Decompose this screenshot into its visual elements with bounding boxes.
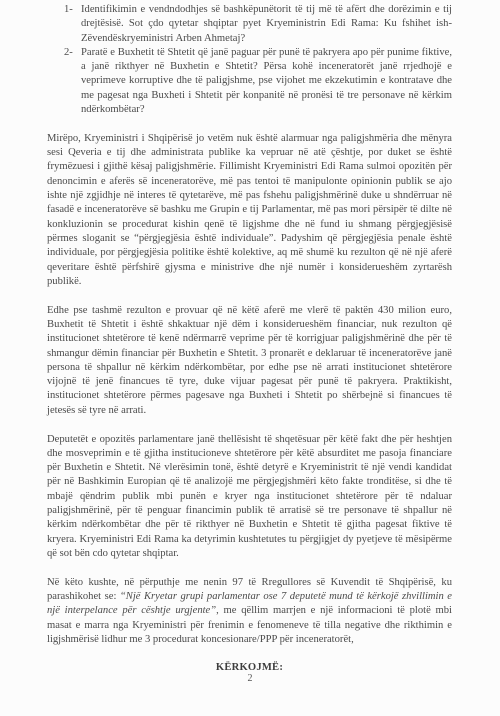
list-number: 1- <box>64 3 73 17</box>
paragraph-interpellation: Në këto kushte, në përputhje me nenin 97… <box>47 576 452 647</box>
list-item: 1- Identifikimin e vendndodhjes së bashk… <box>47 3 452 46</box>
document-body: 1- Identifikimin e vendndodhjes së bashk… <box>47 3 452 675</box>
list-item: 2- Paratë e Buxhetit të Shtetit që janë … <box>47 46 452 117</box>
paragraph: Mirëpo, Kryeministri i Shqipërisë jo vet… <box>47 132 452 289</box>
list-item-text: Identifikimin e vendndodhjes së bashkëpu… <box>81 4 452 44</box>
document-page: 1- Identifikimin e vendndodhjes së bashk… <box>0 0 500 716</box>
question-list: 1- Identifikimin e vendndodhjes së bashk… <box>47 3 452 117</box>
list-number: 2- <box>64 46 73 60</box>
paragraph: Deputetët e opozitës parlamentare janë t… <box>47 433 452 562</box>
paragraph: Edhe pse tashmë rezulton e provuar që në… <box>47 304 452 418</box>
list-item-text: Paratë e Buxhetit të Shtetit që janë pag… <box>81 47 452 115</box>
page-number: 2 <box>0 673 500 684</box>
